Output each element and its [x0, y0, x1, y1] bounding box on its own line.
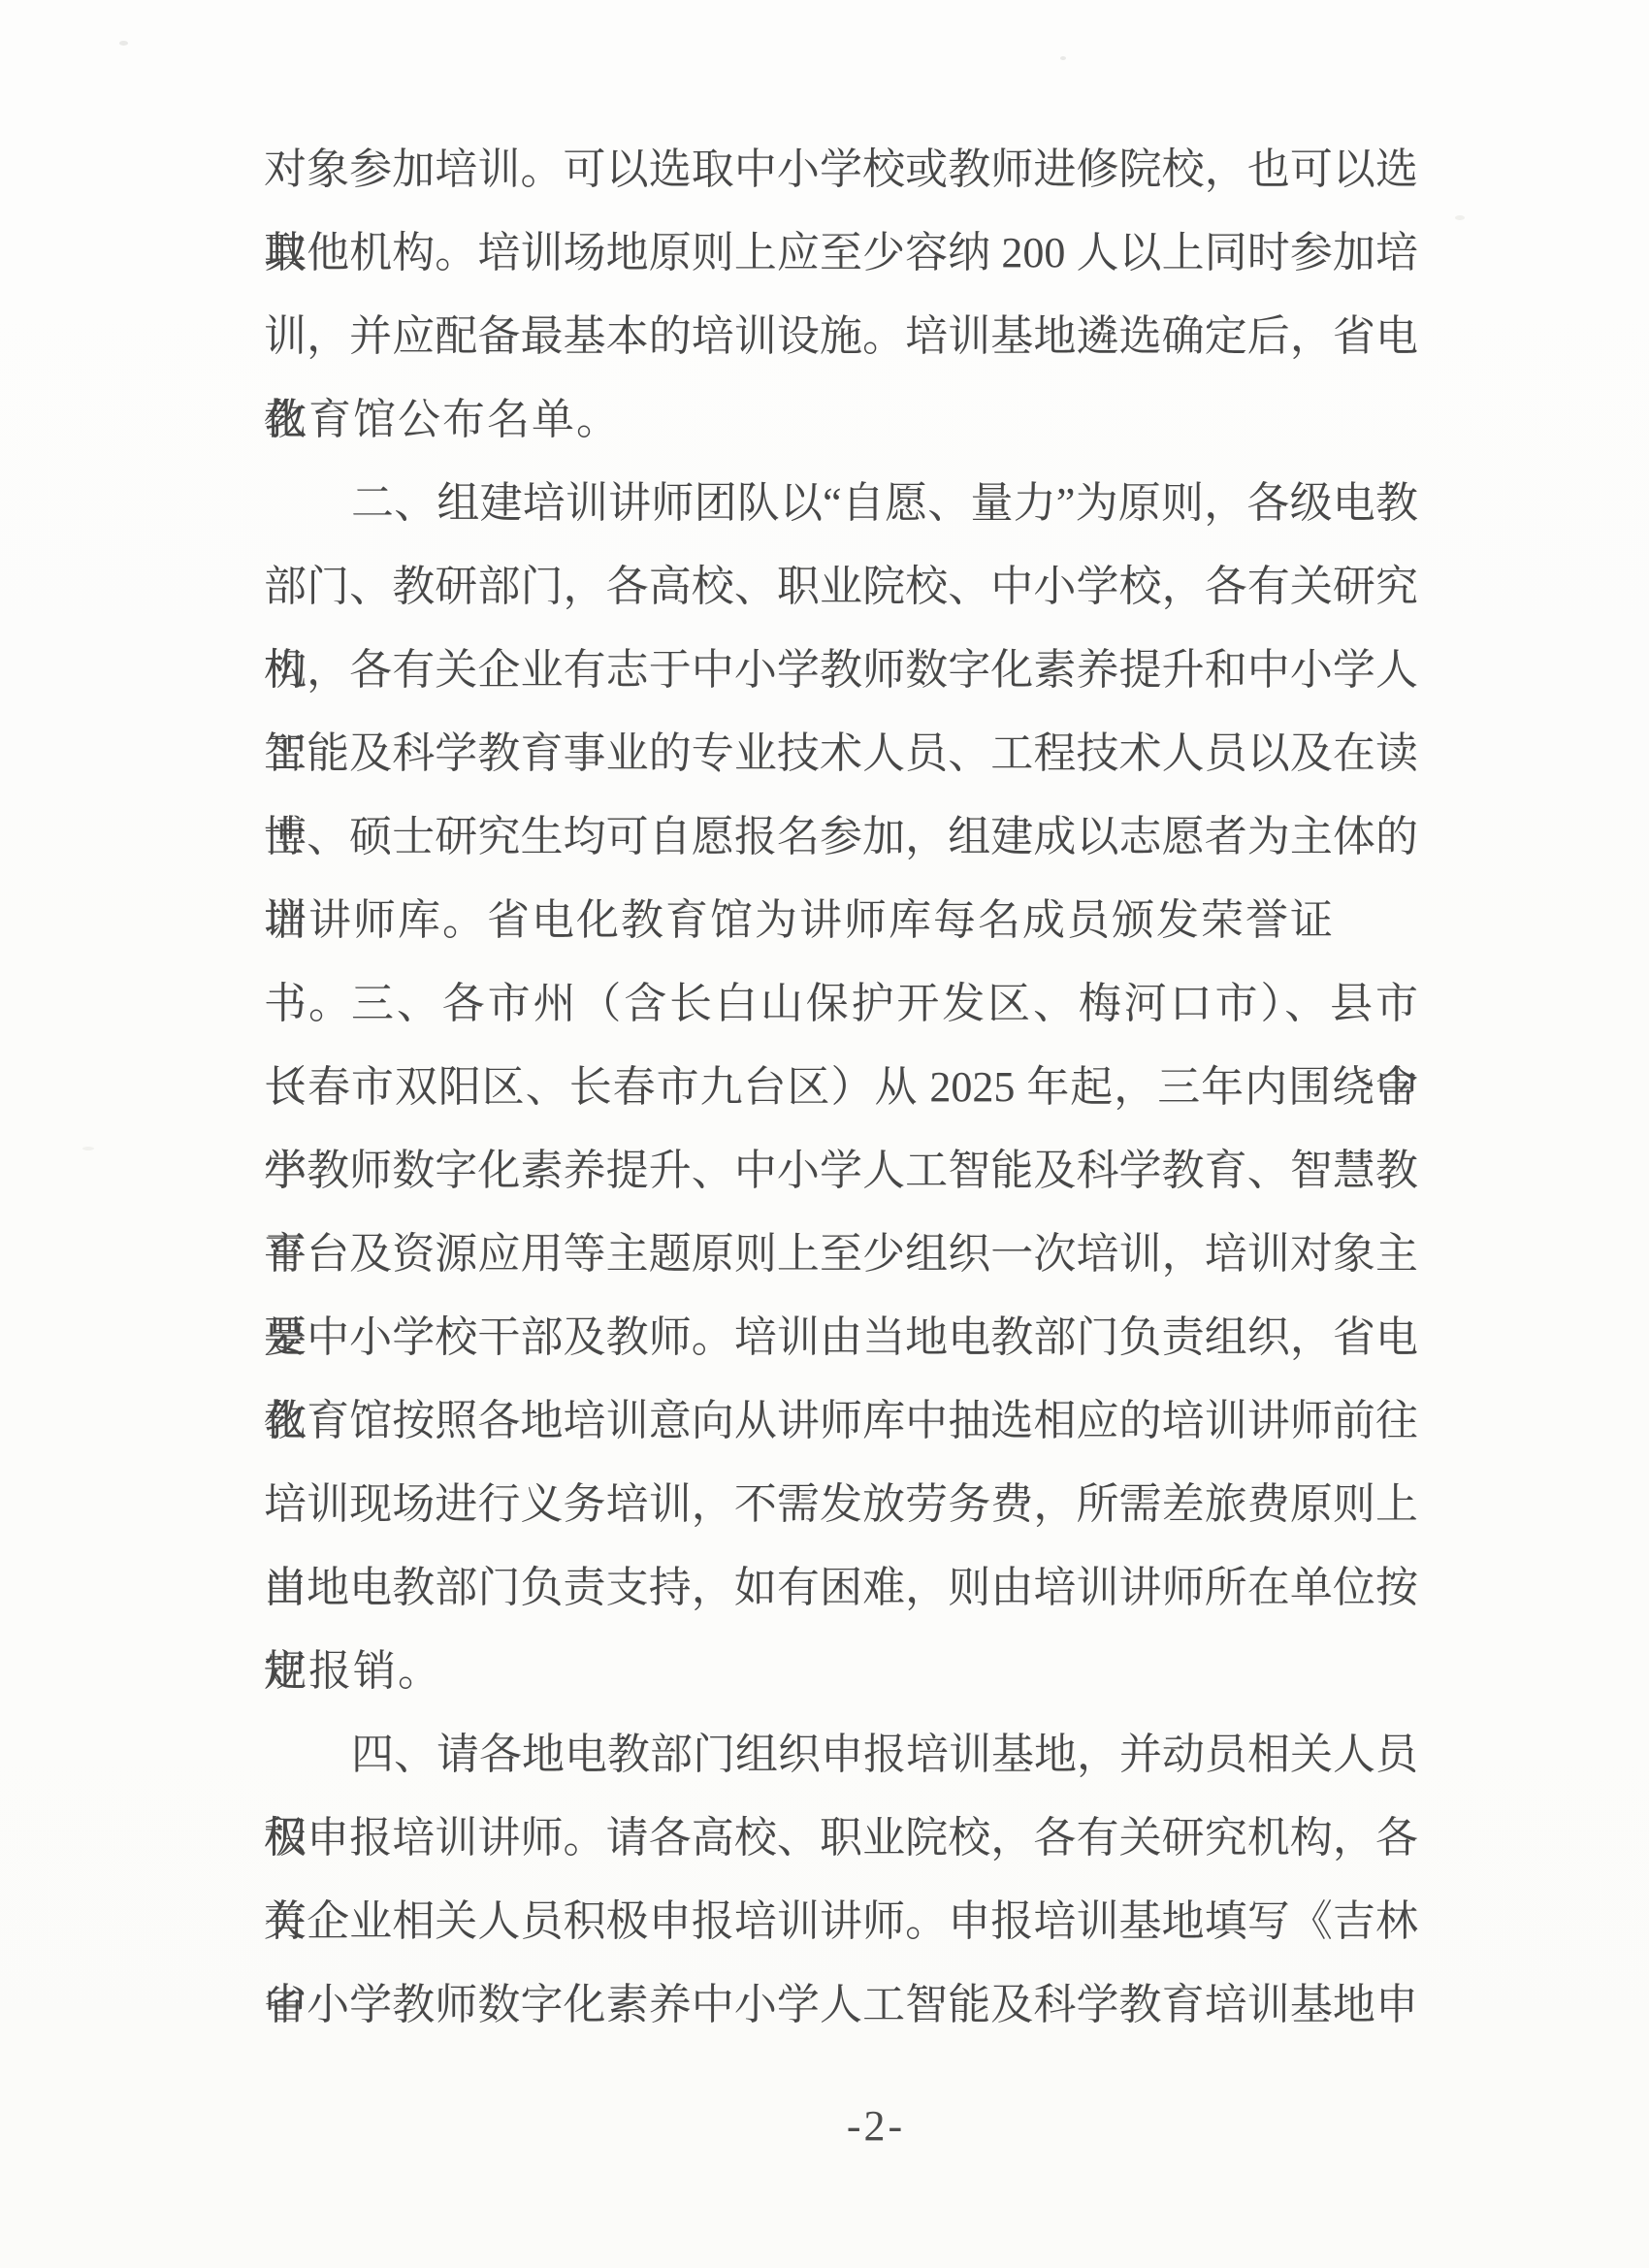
text-line: 构，各有关企业有志于中小学教师数字化素养提升和中小学人工 [264, 629, 1418, 712]
text-line: 部门、教研部门，各高校、职业院校、中小学校，各有关研究机 [264, 545, 1418, 629]
page-number: -2- [51, 2105, 1649, 2148]
paragraph: 三、各市州（含长白山保护开发区、梅河口市）、县市（含长春市双阳区、长春市九台区）… [264, 962, 1418, 1713]
text-line: 四、请各地电教部门组织申报培训基地，并动员相关人员积 [264, 1713, 1418, 1797]
text-line: 二、组建培训讲师团队以“自愿、量力”为原则，各级电教 [264, 462, 1418, 545]
text-line: 培训现场进行义务培训，不需发放劳务费，所需差旅费原则上由 [264, 1463, 1418, 1546]
text-line: 极申报培训讲师。请各高校、职业院校，各有关研究机构，各有 [264, 1797, 1418, 1880]
text-line: 定报销。 [264, 1630, 1418, 1713]
paragraph: 四、请各地电教部门组织申报培训基地，并动员相关人员积极申报培训讲师。请各高校、职… [264, 1713, 1418, 2047]
paragraph: 对象参加培训。可以选取中小学校或教师进修院校，也可以选取其他机构。培训场地原则上… [264, 128, 1418, 462]
text-line: 教育馆按照各地培训意向从讲师库中抽选相应的培训讲师前往 [264, 1379, 1418, 1463]
text-line: 学教师数字化素养提升、中小学人工智能及科学教育、智慧教育 [264, 1129, 1418, 1213]
text-line: 训，并应配备最基本的培训设施。培训基地遴选确定后，省电化 [264, 295, 1418, 378]
text-line: 智能及科学教育事业的专业技术人员、工程技术人员以及在读博 [264, 712, 1418, 795]
text-line: 教育馆公布名单。 [264, 378, 1418, 462]
text-line: 关企业相关人员积极申报培训讲师。申报培训基地填写《吉林省 [264, 1880, 1418, 1963]
text-line: 其他机构。培训场地原则上应至少容纳 200 人以上同时参加培 [264, 211, 1418, 295]
text-line: 当地电教部门负责支持，如有困难，则由培训讲师所在单位按规 [264, 1546, 1418, 1630]
text-line: 平台及资源应用等主题原则上至少组织一次培训，培训对象主要 [264, 1213, 1418, 1296]
document-page: 对象参加培训。可以选取中小学校或教师进修院校，也可以选取其他机构。培训场地原则上… [0, 0, 1649, 2268]
text-line: 训讲师库。省电化教育馆为讲师库每名成员颁发荣誉证书。 [264, 879, 1418, 962]
scan-speck-icon [82, 1147, 94, 1150]
text-line: 中小学教师数字化素养中小学人工智能及科学教育培训基地申 [264, 1963, 1418, 2047]
scan-speck-icon [1455, 215, 1465, 220]
text-line: 士、硕士研究生均可自愿报名参加，组建成以志愿者为主体的培 [264, 795, 1418, 879]
text-line: 是中小学校干部及教师。培训由当地电教部门负责组织，省电化 [264, 1296, 1418, 1379]
scan-speck-icon [119, 41, 128, 46]
text-line: 对象参加培训。可以选取中小学校或教师进修院校，也可以选取 [264, 128, 1418, 211]
scan-speck-icon [1060, 56, 1066, 60]
text-line: 长春市双阳区、长春市九台区）从 2025 年起，三年内围绕中小 [264, 1046, 1418, 1129]
text-line: 三、各市州（含长白山保护开发区、梅河口市）、县市（含 [264, 962, 1418, 1046]
paragraph: 二、组建培训讲师团队以“自愿、量力”为原则，各级电教部门、教研部门，各高校、职业… [264, 462, 1418, 962]
document-body: 对象参加培训。可以选取中小学校或教师进修院校，也可以选取其他机构。培训场地原则上… [264, 128, 1418, 2047]
